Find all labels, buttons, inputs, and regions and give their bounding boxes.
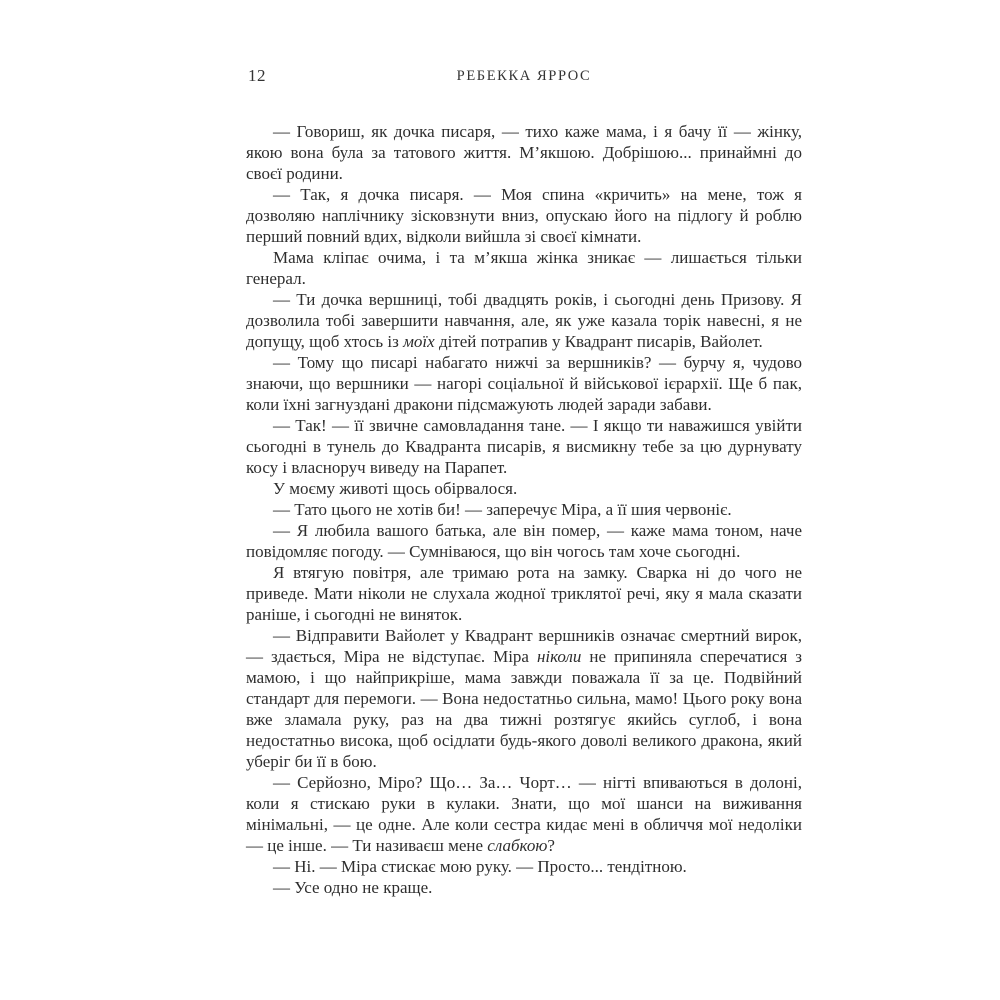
- paragraph: — Серйозно, Міро? Що… За… Чорт… — нігті …: [246, 772, 802, 856]
- paragraph: Мама кліпає очима, і та м’якша жінка зни…: [246, 247, 802, 289]
- paragraph: — Так! — її звичне самовладання тане. — …: [246, 415, 802, 478]
- emphasized-text: слабкою: [487, 836, 547, 855]
- paragraph: — Ти дочка вершниці, тобі двадцять років…: [246, 289, 802, 352]
- paragraph: — Тато цього не хотів би! — заперечує Мі…: [246, 499, 802, 520]
- paragraph: — Так, я дочка писаря. — Моя спина «крич…: [246, 184, 802, 247]
- emphasized-text: моїх: [403, 332, 435, 351]
- paragraph: — Ні. — Міра стискає мою руку. — Просто.…: [246, 856, 802, 877]
- paragraph: У моєму животі щось обірвалося.: [246, 478, 802, 499]
- paragraph: — Говориш, як дочка писаря, — тихо каже …: [246, 121, 802, 184]
- paragraph: — Відправити Вайолет у Квадрант вершникі…: [246, 625, 802, 772]
- body-text: — Говориш, як дочка писаря, — тихо каже …: [246, 121, 802, 898]
- book-page: 12 РЕБЕККА ЯРРОС — Говориш, як дочка пис…: [0, 0, 1000, 1000]
- running-header: РЕБЕККА ЯРРОС: [246, 68, 802, 85]
- paragraph: — Усе одно не краще.: [246, 877, 802, 898]
- paragraph: — Тому що писарі набагато нижчі за вершн…: [246, 352, 802, 415]
- page-header: 12 РЕБЕККА ЯРРОС: [246, 66, 802, 88]
- emphasized-text: ніколи: [537, 647, 581, 666]
- paragraph: Я втягую повітря, але тримаю рота на зам…: [246, 562, 802, 625]
- paragraph: — Я любила вашого батька, але він помер,…: [246, 520, 802, 562]
